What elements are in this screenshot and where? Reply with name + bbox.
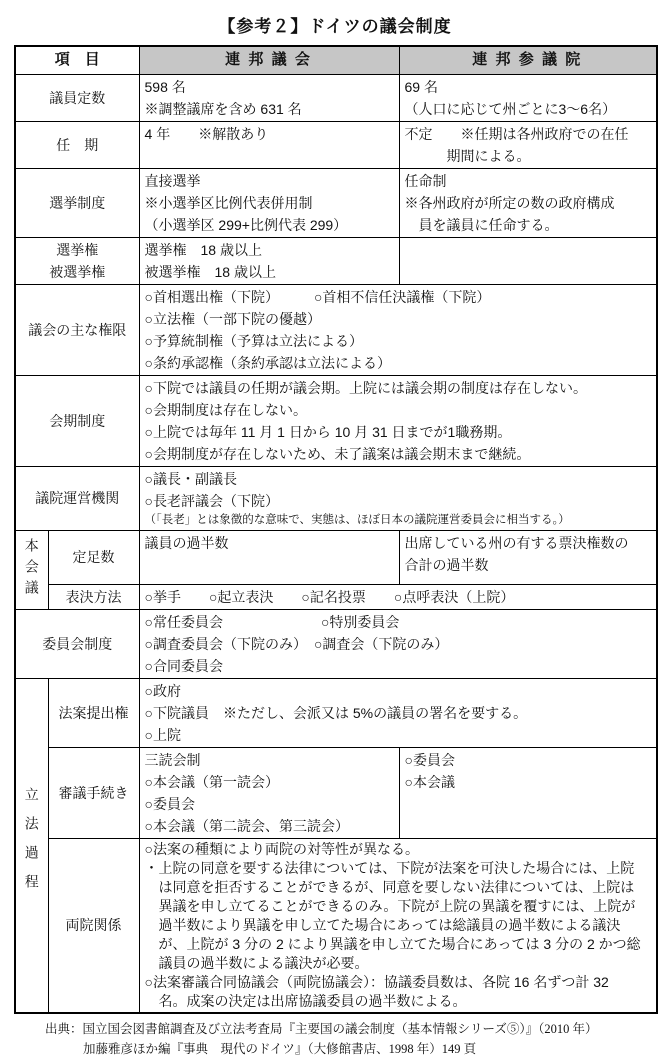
row-bill-initiative: 立法過程 法案提出権 ○政府 ○下院議員 ※ただし、会派又は 5%の議員の署名を… bbox=[15, 678, 657, 747]
seat-count-bundestag-cell: 598 名 ※調整議席を含め 631 名 bbox=[139, 74, 399, 121]
steering-organ-items: ○議長・副議長 ○長老評議会（下院） bbox=[145, 468, 652, 512]
row-steering-organ: 議院運営機関 ○議長・副議長 ○長老評議会（下院） （「長老」とは象徴的な意味で… bbox=[15, 466, 657, 530]
quorum-bundestag-cell: 議員の過半数 bbox=[139, 530, 399, 584]
quorum-bundesrat-cell: 出席している州の有する票決権数の 合計の過半数 bbox=[399, 530, 657, 584]
row-committee-system: 委員会制度 ○常任委員会 ○特別委員会 ○調査委員会（下院のみ） ○調査会（下院… bbox=[15, 609, 657, 678]
seat-count-label: 議員定数 bbox=[15, 74, 139, 121]
term-label: 任 期 bbox=[15, 121, 139, 168]
steering-organ-label: 議院運営機関 bbox=[15, 466, 139, 530]
table-header-row: 項 目 連邦議会 連邦参議院 bbox=[15, 46, 657, 74]
suffrage-label: 選挙権 被選挙権 bbox=[15, 237, 139, 284]
election-system-bundestag-cell: 直接選挙 ※小選挙区比例代表併用制 （小選挙区 299+比例代表 299） bbox=[139, 168, 399, 237]
row-bicameral-relation: 両院関係 ○法案の種類により両院の対等性が異なる。 ・上院の同意を要する法律につ… bbox=[15, 838, 657, 1013]
row-term: 任 期 4 年 ※解散あり 不定 ※任期は各州政府での在任 期間による。 bbox=[15, 121, 657, 168]
bicameral-relation-label: 両院関係 bbox=[48, 838, 139, 1013]
bill-initiative-content-cell: ○政府 ○下院議員 ※ただし、会派又は 5%の議員の署名を要する。 ○上院 bbox=[139, 678, 657, 747]
session-system-content-cell: ○下院では議員の任期が議会期。上院には議会期の制度は存在しない。 ○会期制度は存… bbox=[139, 375, 657, 466]
bill-initiative-label: 法案提出権 bbox=[48, 678, 139, 747]
steering-organ-content-cell: ○議長・副議長 ○長老評議会（下院） （「長老」とは象徴的な意味で、実態は、ほぼ… bbox=[139, 466, 657, 530]
voting-method-label: 表決方法 bbox=[48, 584, 139, 609]
row-voting-method: 表決方法 ○挙手 ○起立表決 ○記名投票 ○点呼表決（上院） bbox=[15, 584, 657, 609]
row-suffrage: 選挙権 被選挙権 選挙権 18 歳以上 被選挙権 18 歳以上 bbox=[15, 237, 657, 284]
row-seat-count: 議員定数 598 名 ※調整議席を含め 631 名 69 名 （人口に応じて州ご… bbox=[15, 74, 657, 121]
deliberation-label: 審議手続き bbox=[48, 747, 139, 838]
committee-system-label: 委員会制度 bbox=[15, 609, 139, 678]
row-deliberation: 審議手続き 三読会制 ○本会議（第一読会） ○委員会 ○本会議（第二読会、第三読… bbox=[15, 747, 657, 838]
row-powers: 議会の主な権限 ○首相選出権（下院） ○首相不信任決議権（下院） ○立法権（一部… bbox=[15, 284, 657, 375]
seat-count-bundesrat-cell: 69 名 （人口に応じて州ごとに3～6名） bbox=[399, 74, 657, 121]
bicameral-relation-content-cell: ○法案の種類により両院の対等性が異なる。 ・上院の同意を要する法律については、下… bbox=[139, 838, 657, 1013]
header-bundestag: 連邦議会 bbox=[139, 46, 399, 74]
deliberation-bundestag-cell: 三読会制 ○本会議（第一読会） ○委員会 ○本会議（第二読会、第三読会） bbox=[139, 747, 399, 838]
row-quorum: 本会議 定足数 議員の過半数 出席している州の有する票決権数の 合計の過半数 bbox=[15, 530, 657, 584]
source-note: 出典：国立国会図書館調査及び立法考査局『主要国の議会制度（基本情報シリーズ⑤）』… bbox=[14, 1019, 656, 1059]
suffrage-bundesrat-cell bbox=[399, 237, 657, 284]
suffrage-bundestag-cell: 選挙権 18 歳以上 被選挙権 18 歳以上 bbox=[139, 237, 399, 284]
row-session-system: 会期制度 ○下院では議員の任期が議会期。上院には議会期の制度は存在しない。 ○会… bbox=[15, 375, 657, 466]
session-system-label: 会期制度 bbox=[15, 375, 139, 466]
election-system-label: 選挙制度 bbox=[15, 168, 139, 237]
committee-system-content-cell: ○常任委員会 ○特別委員会 ○調査委員会（下院のみ） ○調査会（下院のみ） ○合… bbox=[139, 609, 657, 678]
source-line-1: 出典：国立国会図書館調査及び立法考査局『主要国の議会制度（基本情報シリーズ⑤）』… bbox=[45, 1019, 656, 1039]
powers-label: 議会の主な権限 bbox=[15, 284, 139, 375]
parliament-table: 項 目 連邦議会 連邦参議院 議員定数 598 名 ※調整議席を含め 631 名… bbox=[14, 45, 658, 1014]
term-bundesrat-cell: 不定 ※任期は各州政府での在任 期間による。 bbox=[399, 121, 657, 168]
legislation-group-cell: 立法過程 bbox=[15, 678, 48, 1013]
quorum-label: 定足数 bbox=[48, 530, 139, 584]
deliberation-bundesrat-cell: ○委員会 ○本会議 bbox=[399, 747, 657, 838]
page-title: 【参考２】ドイツの議会制度 bbox=[14, 12, 656, 37]
plenary-group-label: 本会議 bbox=[21, 538, 43, 601]
powers-content-cell: ○首相選出権（下院） ○首相不信任決議権（下院） ○立法権（一部下院の優越） ○… bbox=[139, 284, 657, 375]
row-election-system: 選挙制度 直接選挙 ※小選挙区比例代表併用制 （小選挙区 299+比例代表 29… bbox=[15, 168, 657, 237]
plenary-group-cell: 本会議 bbox=[15, 530, 48, 609]
source-line-2: 加藤雅彦ほか編『事典 現代のドイツ』（大修館書店、1998 年）149 頁 bbox=[45, 1039, 656, 1059]
legislation-group-label: 立法過程 bbox=[21, 787, 43, 903]
voting-method-content-cell: ○挙手 ○起立表決 ○記名投票 ○点呼表決（上院） bbox=[139, 584, 657, 609]
document-page: 【参考２】ドイツの議会制度 項 目 連邦議会 連邦参議院 議員定数 598 名 … bbox=[0, 0, 670, 1059]
header-bundesrat: 連邦参議院 bbox=[399, 46, 657, 74]
election-system-bundesrat-cell: 任命制 ※各州政府が所定の数の政府構成 員を議員に任命する。 bbox=[399, 168, 657, 237]
header-item: 項 目 bbox=[15, 46, 139, 74]
term-bundestag-cell: 4 年 ※解散あり bbox=[139, 121, 399, 168]
steering-organ-note: （「長老」とは象徴的な意味で、実態は、ほぼ日本の議院運営委員会に相当する。） bbox=[145, 512, 652, 529]
